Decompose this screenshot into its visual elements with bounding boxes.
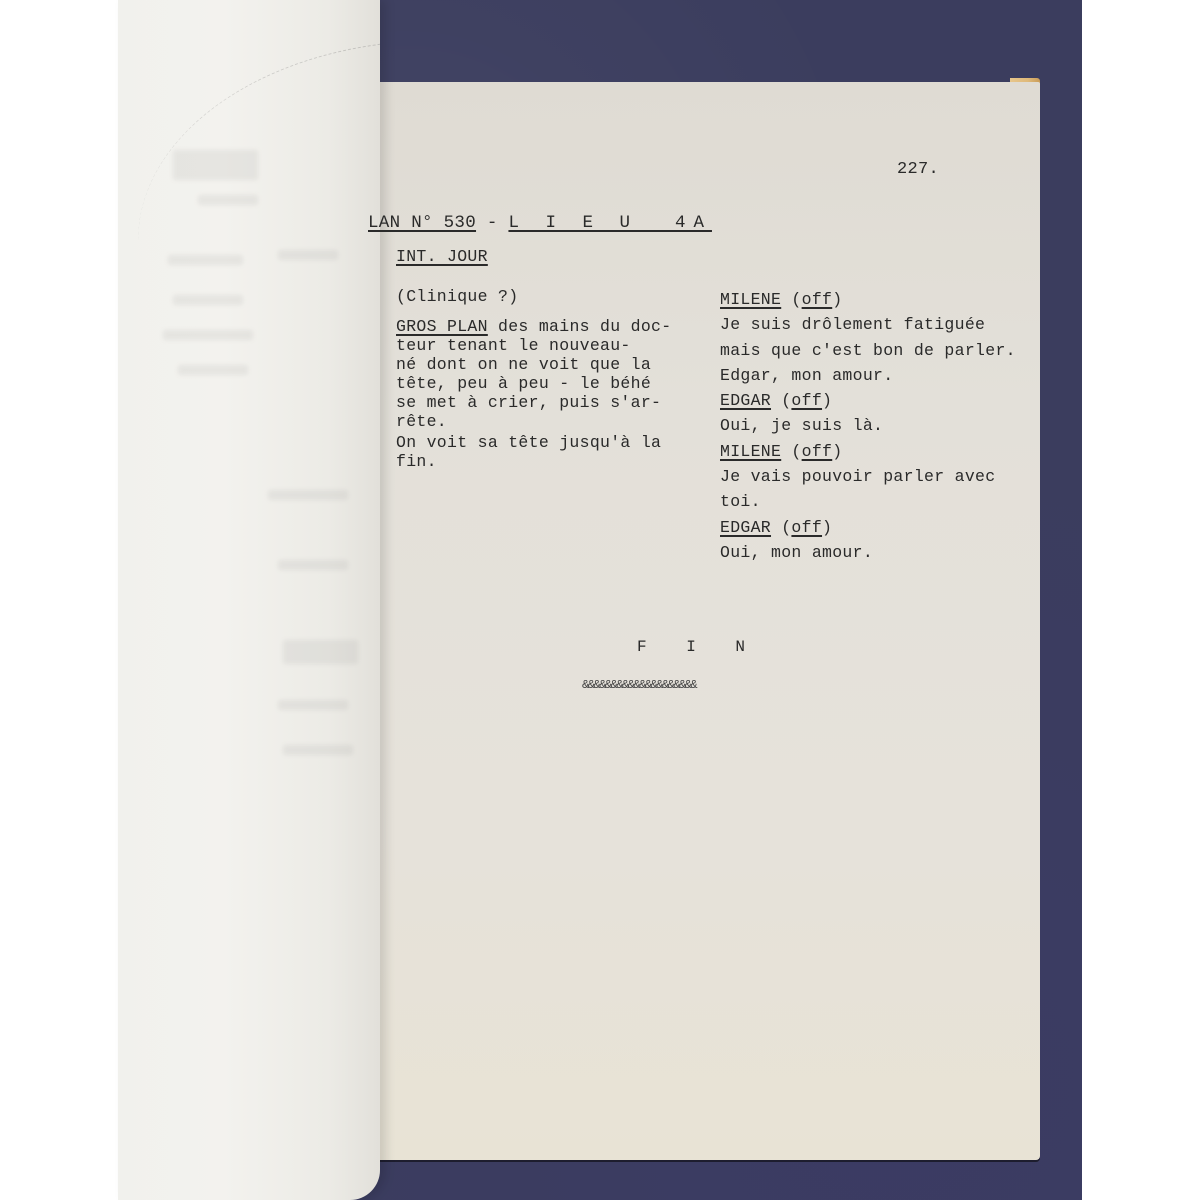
action-description-2: On voit sa tête jusqu'à la fin. [396,433,661,471]
action-line: rête. [396,412,447,431]
dialogue-line: Je suis drôlement fatiguée [720,315,985,334]
speaker-mode: off [802,442,833,461]
speaker-name: EDGAR [720,391,771,410]
bleed-through-text [198,195,258,205]
script-page [345,82,1040,1160]
bleed-through-text [278,700,348,710]
photo-scene: 227. LAN N° 530 - L I E U 4A INT. JOUR (… [0,0,1200,1200]
facing-page [118,0,380,1200]
dialogue-line: mais que c'est bon de parler. [720,341,1016,360]
action-line: fin. [396,452,437,471]
heading-separator: - [476,213,508,233]
speaker-mode: off [802,290,833,309]
action-line: des mains du doc- [488,317,672,336]
dialogue-block: MILENE (off) Je suis drôlement fatiguée … [720,287,1016,565]
bleed-through-text [173,295,243,305]
page-curl-line [138,40,380,441]
ending-title: F I N [637,638,760,657]
location-label: L I E U 4A [508,213,712,233]
bleed-through-text [268,490,348,500]
bleed-through-text [163,330,253,340]
bleed-through-text [283,640,358,664]
bleed-through-text [283,745,353,755]
dialogue-line: Oui, je suis là. [720,416,883,435]
shot-type: GROS PLAN [396,317,488,336]
speaker-mode: off [791,391,822,410]
dialogue-line: toi. [720,492,761,511]
location-note: (Clinique ?) [396,287,518,306]
action-line: se met à crier, puis s'ar- [396,393,661,412]
action-line: né dont on ne voit que la [396,355,651,374]
speaker-mode: off [791,518,822,537]
speaker-name: MILENE [720,290,781,309]
scene-heading: LAN N° 530 - L I E U 4A [368,214,712,233]
page-number: 227. [897,160,939,179]
bleed-through-text [278,250,338,260]
bleed-through-text [278,560,348,570]
bleed-through-text [168,255,243,265]
dialogue-line: Je vais pouvoir parler avec [720,467,995,486]
shot-number: LAN N° 530 [368,213,476,233]
bleed-through-text [178,365,248,375]
speaker-name: MILENE [720,442,781,461]
action-line: On voit sa tête jusqu'à la [396,433,661,452]
ending-ornament: &&&&&&&&&&&&&&&&&&&& [582,676,696,695]
action-description: GROS PLAN des mains du doc- teur tenant … [396,317,671,431]
dialogue-line: Oui, mon amour. [720,543,873,562]
dialogue-line: Edgar, mon amour. [720,366,893,385]
action-line: tête, peu à peu - le béhé [396,374,651,393]
speaker-name: EDGAR [720,518,771,537]
bleed-through-text [173,150,258,180]
setting-label: INT. JOUR [396,247,488,266]
action-line: teur tenant le nouveau- [396,336,631,355]
